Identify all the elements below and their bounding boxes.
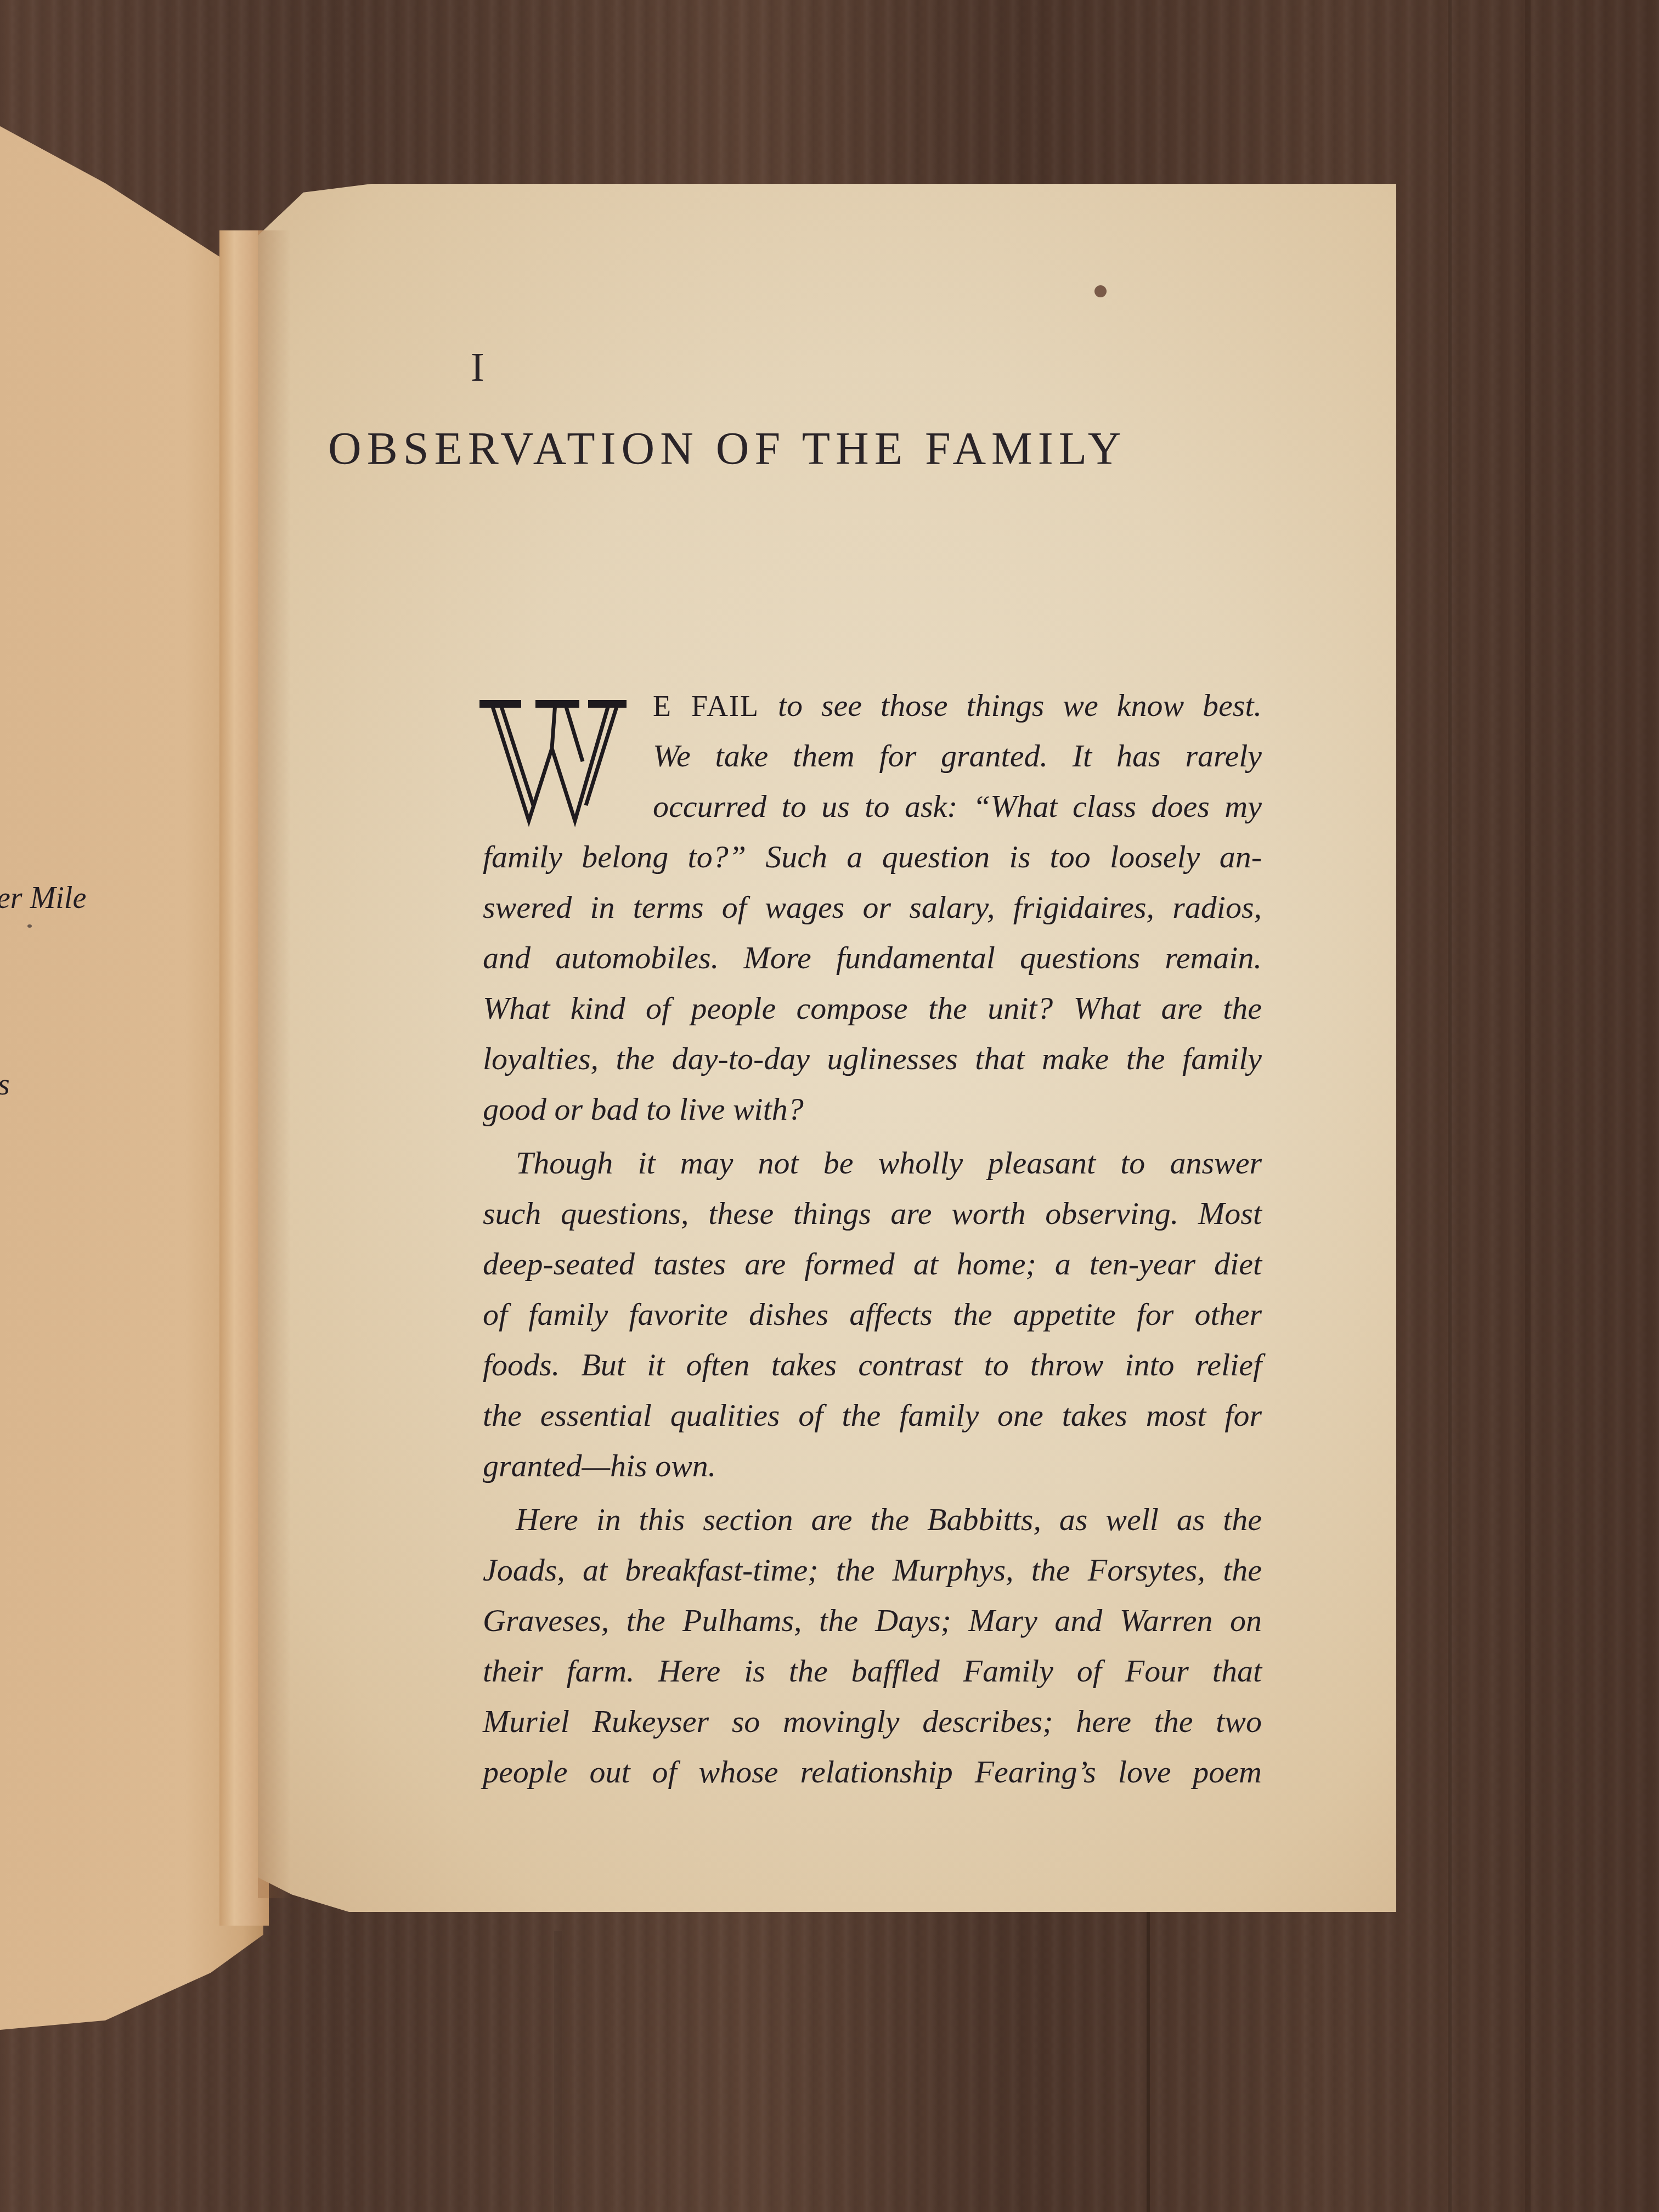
left-page-fragment: s bbox=[0, 1067, 10, 1102]
text-line: family belong to?” Such a question is to… bbox=[483, 832, 1262, 882]
text-line: their farm. Here is the baffled Family o… bbox=[483, 1646, 1262, 1696]
body-text: E FAIL to see those things we know best.… bbox=[483, 680, 1262, 1797]
text-line: Though it may not be wholly pleasant to … bbox=[483, 1138, 1262, 1188]
gutter-shadow bbox=[258, 230, 291, 1898]
text-line: swered in terms of wages or salary, frig… bbox=[483, 882, 1262, 933]
text-line: and automobiles. More fundamental questi… bbox=[483, 933, 1262, 983]
text-line: occurred to us to ask: “What class does … bbox=[483, 781, 1262, 832]
text-line: Here in this section are the Babbitts, a… bbox=[483, 1494, 1262, 1545]
paragraph: Though it may not be wholly pleasant to … bbox=[483, 1138, 1262, 1491]
text-line: such questions, these things are worth o… bbox=[483, 1188, 1262, 1239]
wood-grain bbox=[1448, 0, 1452, 2212]
text-line: E FAIL to see those things we know best. bbox=[483, 680, 1262, 731]
text-line: Joads, at breakfast-time; the Murphys, t… bbox=[483, 1545, 1262, 1595]
paragraph: E FAIL to see those things we know best.… bbox=[483, 680, 1262, 1135]
text-line: We take them for granted. It has rarely bbox=[483, 731, 1262, 781]
text-line: Graveses, the Pulhams, the Days; Mary an… bbox=[483, 1595, 1262, 1646]
text-line: foods. But it often takes contrast to th… bbox=[483, 1340, 1262, 1390]
text-line: people out of whose relationship Fearing… bbox=[483, 1747, 1262, 1797]
wood-grain bbox=[554, 1931, 562, 2212]
wood-grain bbox=[1525, 0, 1531, 2212]
chapter-number: I bbox=[471, 345, 486, 391]
paragraph: Here in this section are the Babbitts, a… bbox=[483, 1494, 1262, 1797]
wood-grain bbox=[1147, 1909, 1150, 2212]
left-page-fragment: er Mile bbox=[0, 881, 86, 916]
text-line: loyalties, the day-to-day uglinesses tha… bbox=[483, 1034, 1262, 1084]
text-line: granted—his own. bbox=[483, 1441, 1262, 1491]
paper-speck bbox=[1094, 285, 1107, 297]
chapter-title: OBSERVATION OF THE FAMILY bbox=[328, 422, 1261, 476]
paper-speck bbox=[27, 924, 32, 928]
text-line: of family favorite dishes affects the ap… bbox=[483, 1289, 1262, 1340]
opening-small-caps: E FAIL bbox=[653, 690, 759, 723]
text-line: Muriel Rukeyser so movingly describes; h… bbox=[483, 1696, 1262, 1747]
text-line: What kind of people compose the unit? Wh… bbox=[483, 983, 1262, 1034]
text-line: the essential qualities of the family on… bbox=[483, 1390, 1262, 1441]
text-line: deep-seated tastes are formed at home; a… bbox=[483, 1239, 1262, 1289]
text-line: good or bad to live with? bbox=[483, 1084, 1262, 1135]
